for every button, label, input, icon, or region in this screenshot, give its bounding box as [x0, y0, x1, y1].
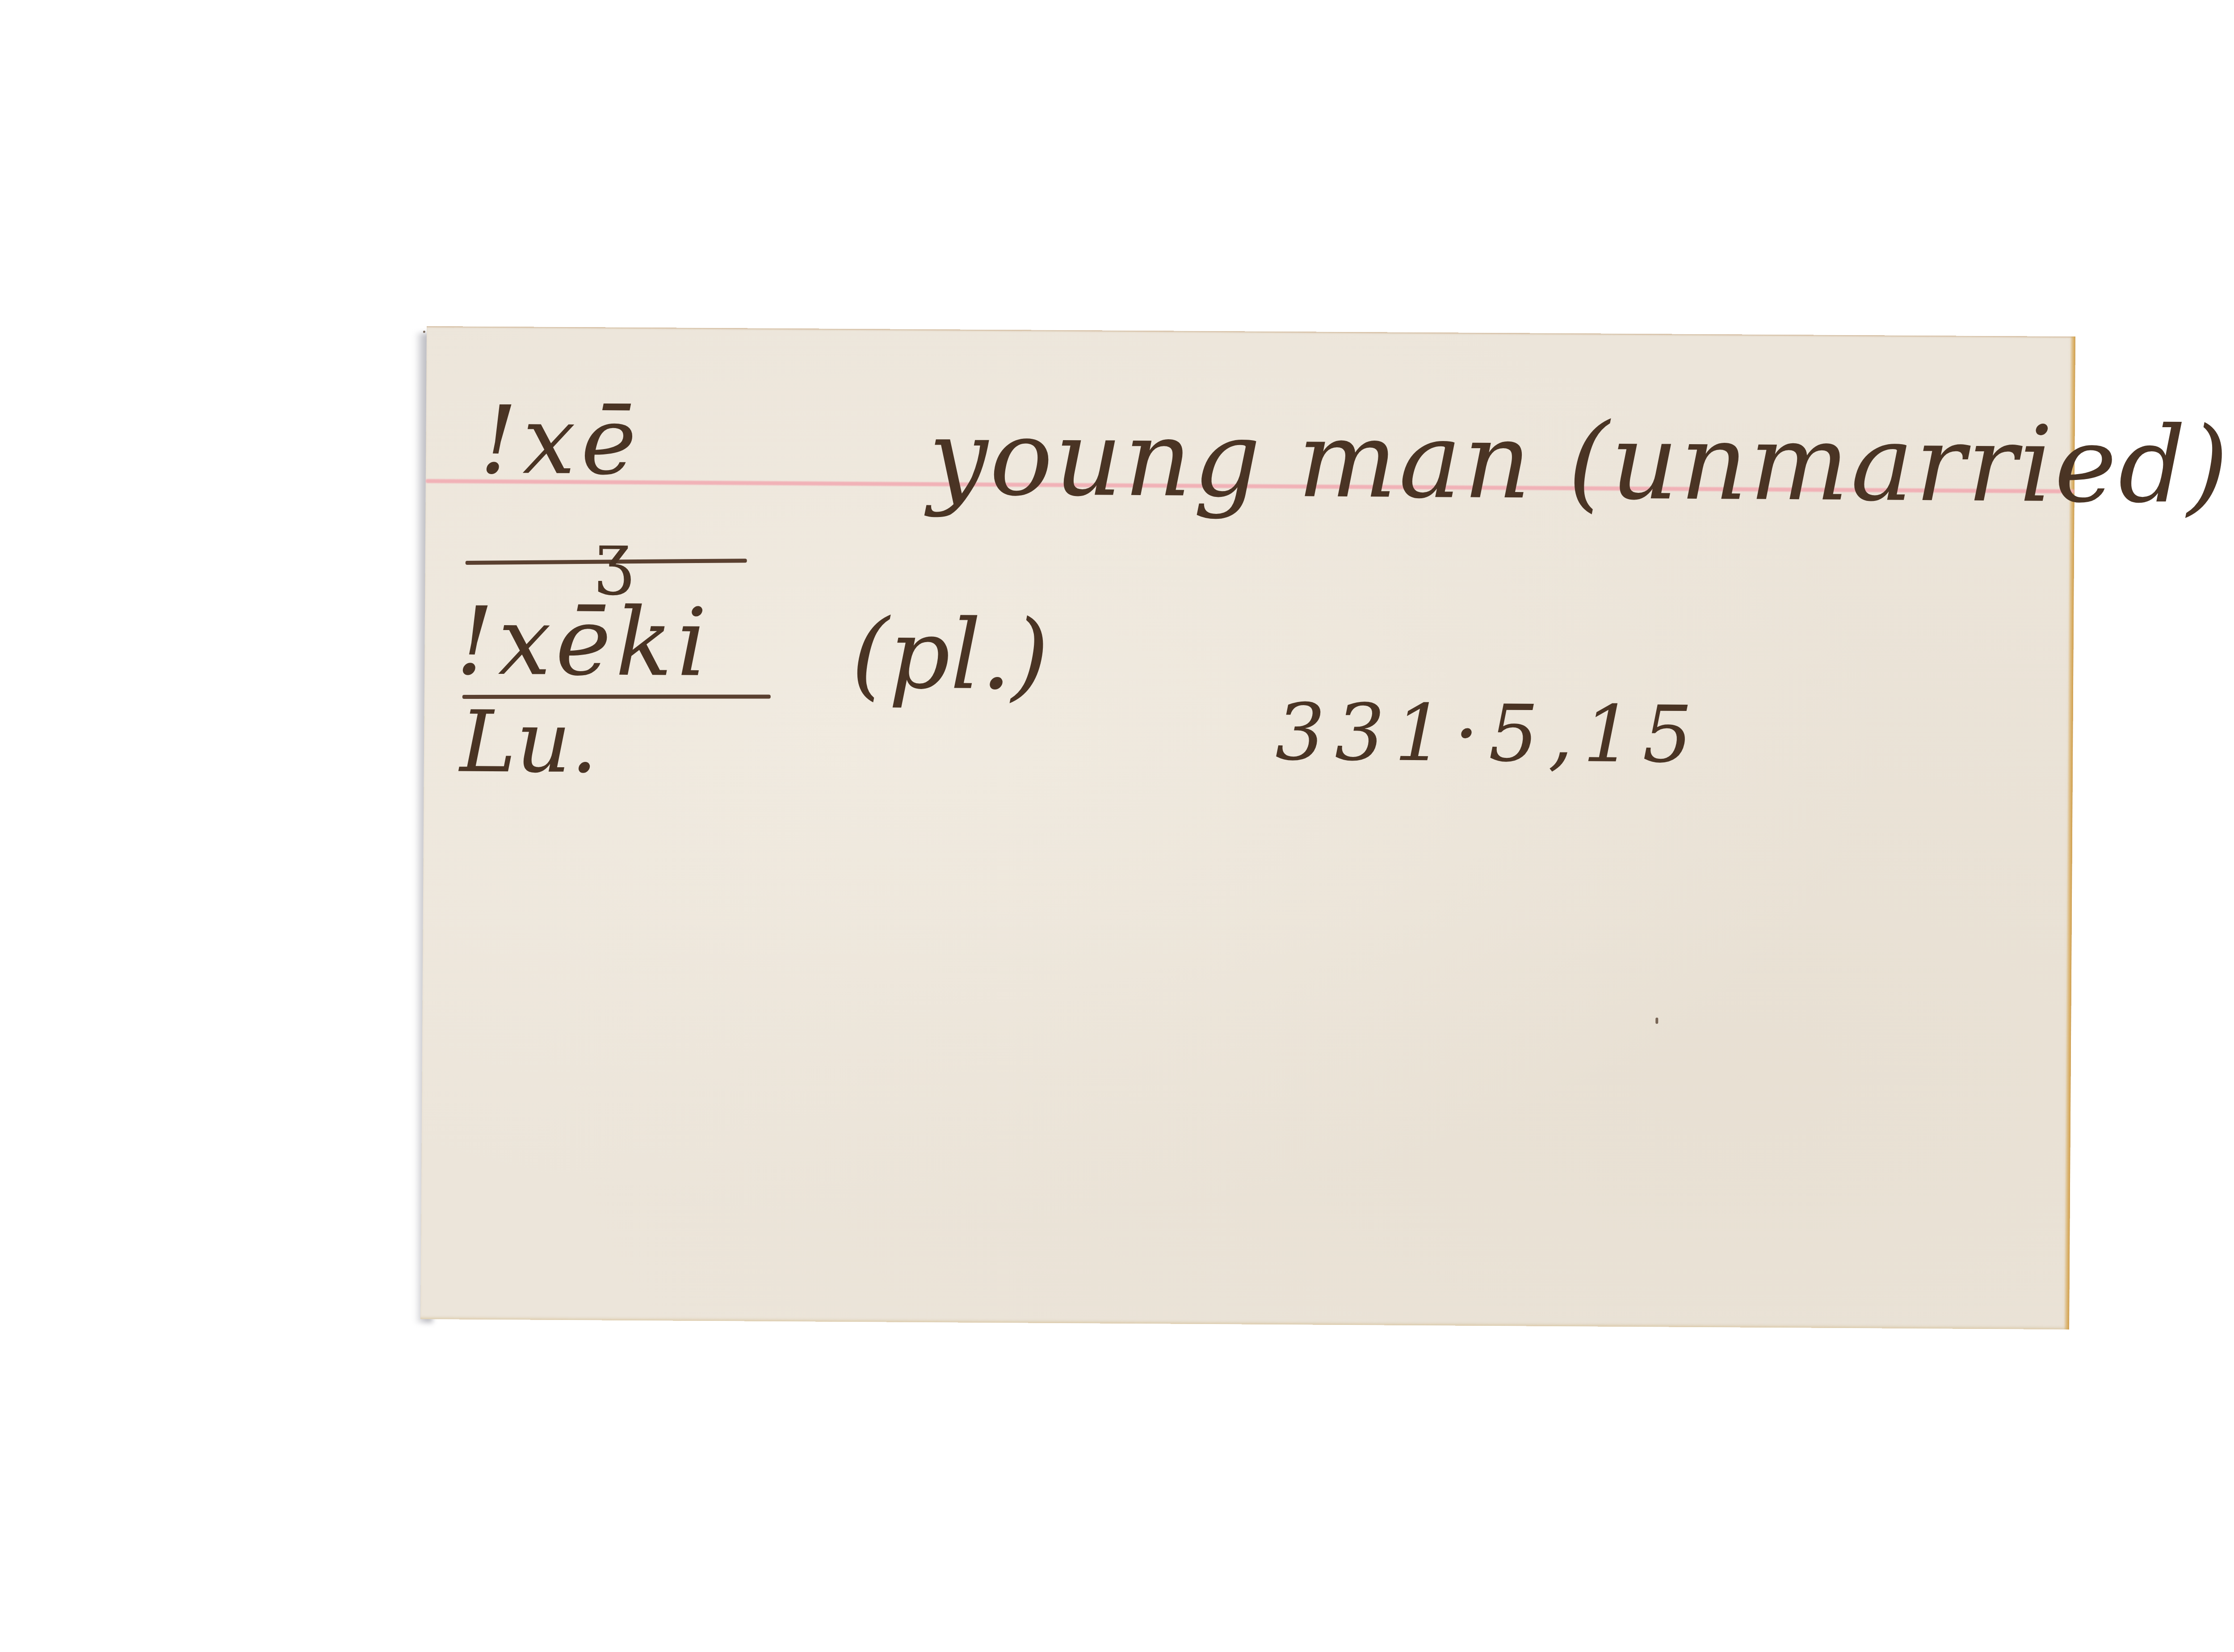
plural-note: (pl.) [851, 606, 1050, 703]
source-abbreviation: Lu. [460, 699, 598, 785]
index-card: !xē ʒ !xēki Lu. young man (unmarried) (p… [420, 326, 2075, 1329]
headword-hook-mark: ʒ [595, 524, 633, 591]
page-reference: 331·5,15 [1275, 694, 1702, 774]
headword: !xē [479, 394, 642, 488]
paper-speck [423, 331, 425, 333]
paper-speck [1655, 1017, 1658, 1024]
scan-background: !xē ʒ !xēki Lu. young man (unmarried) (p… [0, 0, 2234, 1652]
plural-headword: !xēki [456, 594, 712, 690]
gloss: young man (unmarried) [928, 405, 2230, 518]
